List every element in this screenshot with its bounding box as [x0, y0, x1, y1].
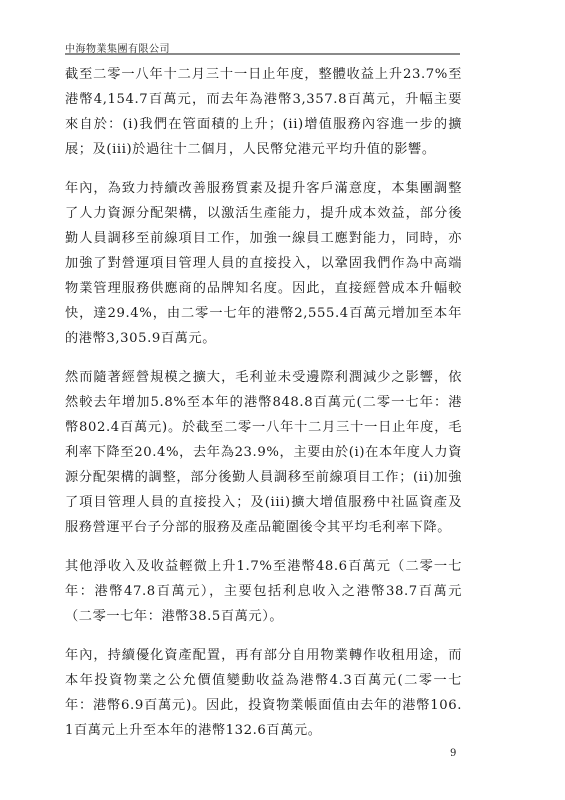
paragraph-gross-profit: 然而隨著經營規模之擴大，毛利並未受邊際利潤減少之影響，依然較去年增加5.8%至本…	[65, 365, 462, 540]
document-body: 截至二零一八年十二月三十一日止年度，整體收益上升23.7%至港幣4,154.7百…	[65, 62, 462, 757]
paragraph-other-income: 其他淨收入及收益輕微上升1.7%至港幣48.6百萬元（二零一七年：港幣47.8百…	[65, 554, 462, 629]
paragraph-investment-properties: 年內，持續優化資產配置，再有部分自用物業轉作收租用途，而本年投資物業之公允價值變…	[65, 643, 462, 743]
header-divider	[65, 53, 460, 55]
page-number: 9	[450, 748, 456, 759]
paragraph-revenue: 截至二零一八年十二月三十一日止年度，整體收益上升23.7%至港幣4,154.7百…	[65, 62, 462, 162]
paragraph-direct-operating-costs: 年內，為致力持續改善服務質素及提升客戶滿意度，本集團調整了人力資源分配架構，以激…	[65, 176, 462, 351]
